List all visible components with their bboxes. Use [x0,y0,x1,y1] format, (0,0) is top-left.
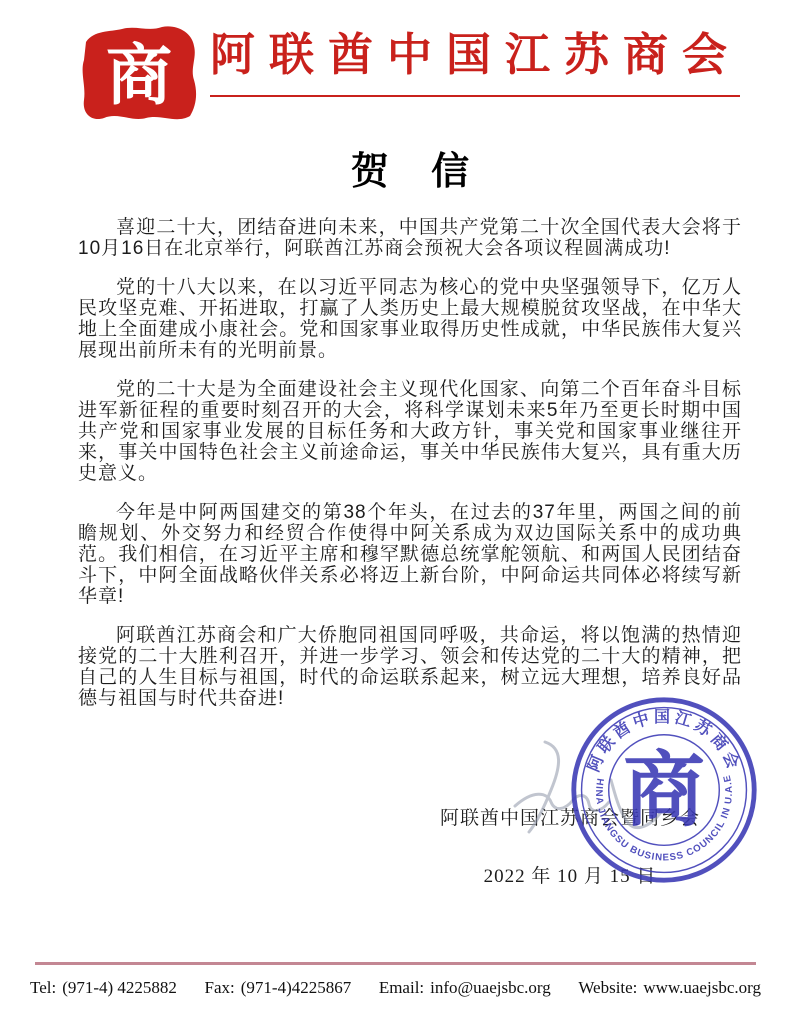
org-name-heading: 阿联酋中国江苏商会 [210,28,744,82]
footer-fax: Fax:(971-4)4225867 [205,978,352,998]
fax-label: Fax: [205,978,235,997]
footer-website: Website:www.uaejsbc.org [578,978,761,998]
website-value: www.uaejsbc.org [643,978,761,997]
letter-title: 贺 信 [78,140,742,195]
email-label: Email: [379,978,424,997]
svg-text:商: 商 [106,40,172,113]
fax-value: (971-4)4225867 [241,978,351,997]
letter-page: 商 阿联酋中国江苏商会 贺 信 喜迎二十大，团结奋进向未来，中国共产党第二十次全… [0,0,791,1024]
header-divider [210,95,740,97]
seal-blob-icon: 商 [76,22,202,126]
tel-value: (971-4) 4225882 [62,978,177,997]
stamp-center-character: 商 [623,745,704,836]
letter-paragraph-1: 喜迎二十大，团结奋进向未来，中国共产党第二十次全国代表大会将于10月16日在北京… [78,217,742,259]
footer-contact-row: Tel:(971-4) 4225882 Fax:(971-4)4225867 E… [30,978,761,998]
organization-stamp-icon: 阿联酋中国江苏商会 CHINA JIANGSU BUSINESS COUNCIL… [567,693,761,887]
website-label: Website: [578,978,637,997]
footer-tel: Tel:(971-4) 4225882 [30,978,177,998]
letter-paragraph-2: 党的十八大以来，在以习近平同志为核心的党中央坚强领导下，亿万人民攻坚克难、开拓进… [78,277,742,361]
footer-divider [35,962,756,965]
footer-email: Email:info@uaejsbc.org [379,978,551,998]
letter-body: 贺 信 喜迎二十大，团结奋进向未来，中国共产党第二十次全国代表大会将于10月16… [78,140,742,727]
letter-paragraph-4: 今年是中阿两国建交的第38个年头，在过去的37年里，两国之间的前瞻规划、外交努力… [78,502,742,607]
email-value: info@uaejsbc.org [430,978,551,997]
org-seal-icon: 商 [76,22,202,126]
letter-paragraph-3: 党的二十大是为全面建设社会主义现代化国家、向第二个百年奋斗目标进军新征程的重要时… [78,379,742,484]
tel-label: Tel: [30,978,56,997]
